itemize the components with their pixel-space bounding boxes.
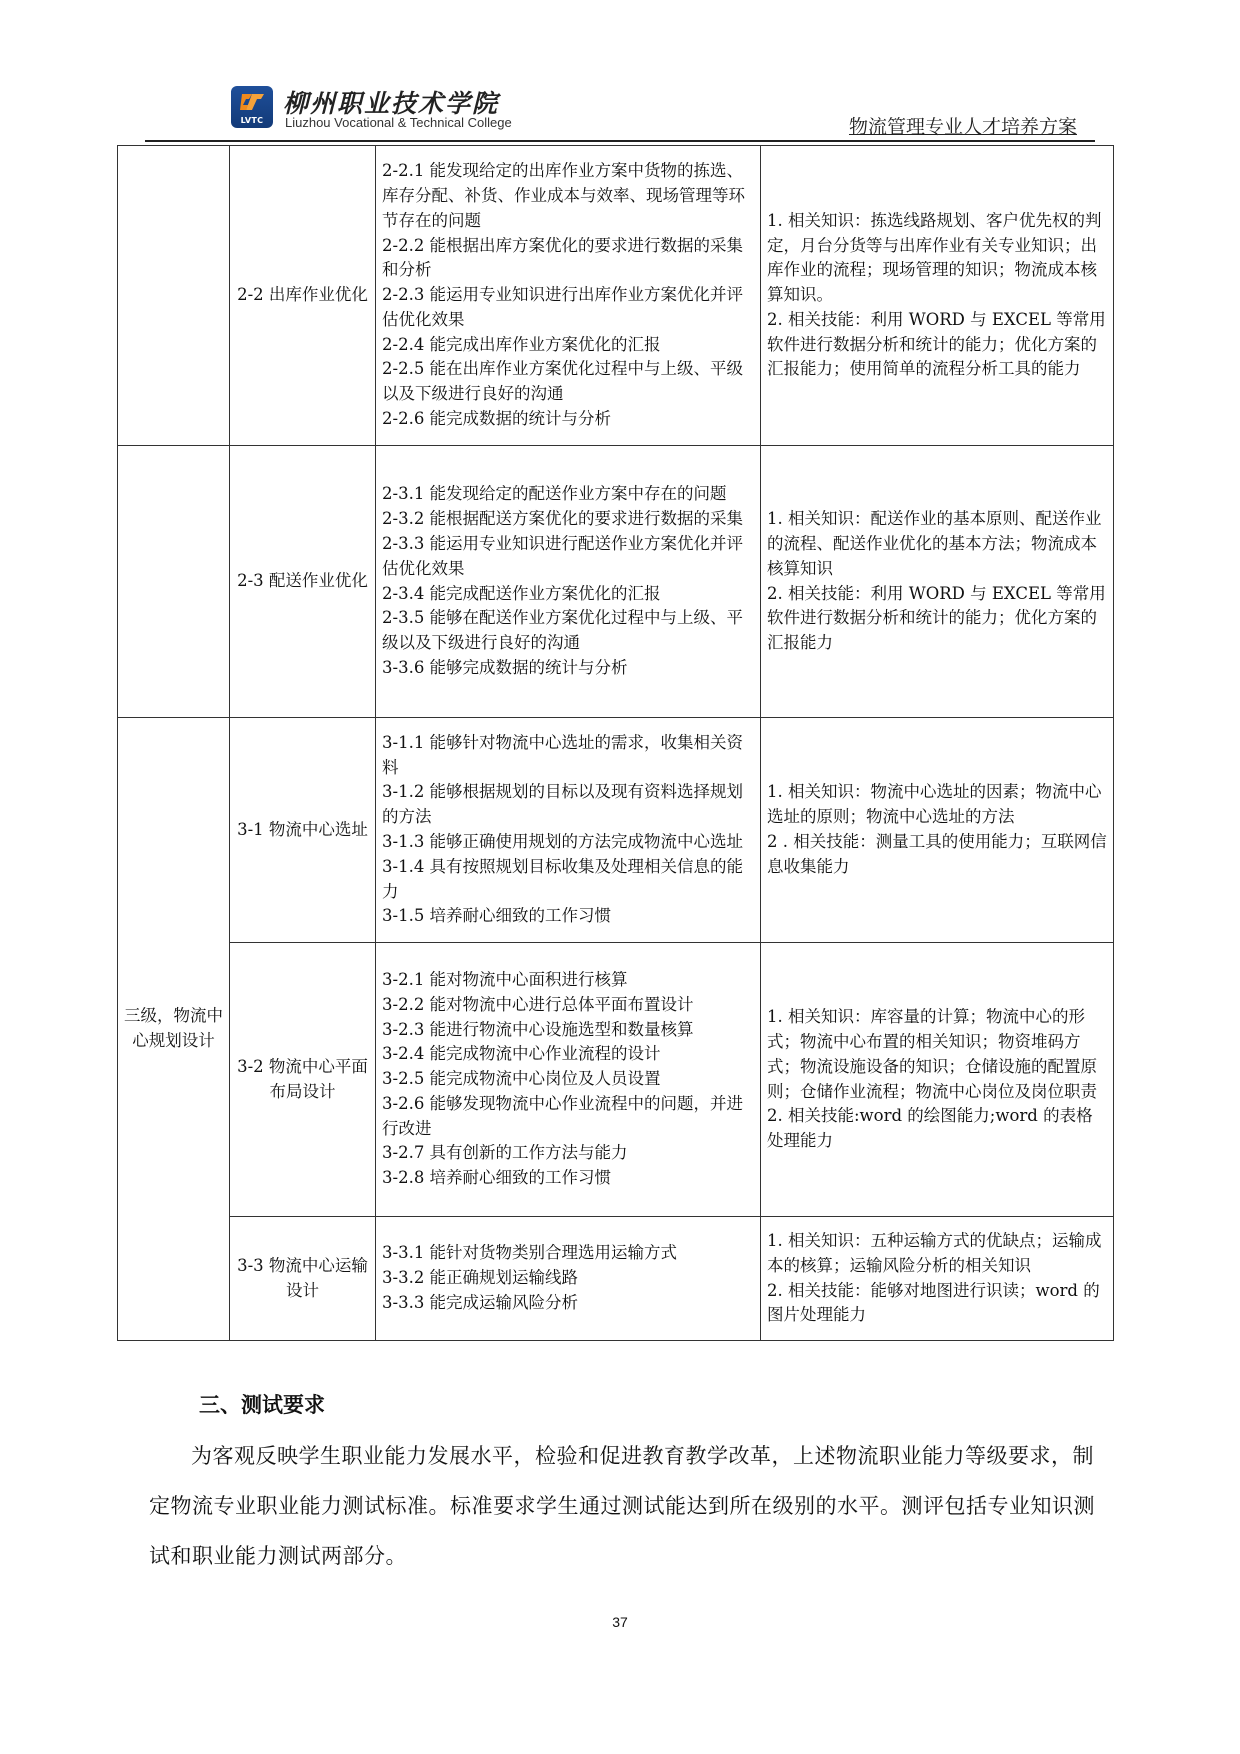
level-cell: 三级，物流中心规划设计 [118, 718, 230, 1341]
college-logo-icon [240, 92, 264, 112]
task-cell: 2-2 出库作业优化 [230, 146, 376, 446]
task-cell: 3-2 物流中心平面布局设计 [230, 943, 376, 1217]
abilities-cell: 3-1.1 能够针对物流中心选址的需求，收集相关资料 3-1.2 能够根据规划的… [376, 718, 761, 943]
ability-item: 2-3.3 能运用专业知识进行配送作业方案优化并评估优化效果 [382, 532, 754, 582]
page-header: LVTC 柳州职业技术学院 Liuzhou Vocational & Techn… [145, 84, 1095, 142]
ability-item: 3-3.1 能针对货物类别合理选用运输方式 [382, 1241, 754, 1266]
ability-item: 3-3.2 能正确规划运输线路 [382, 1266, 754, 1291]
requirement-item: 2. 相关技能：利用 WORD 与 EXCEL 等常用软件进行数据分析和统计的能… [767, 582, 1107, 656]
ability-item: 2-2.4 能完成出库作业方案优化的汇报 [382, 333, 754, 358]
ability-item: 3-2.1 能对物流中心面积进行核算 [382, 968, 754, 993]
requirements-cell: 1. 相关知识：物流中心选址的因素；物流中心选址的原则；物流中心选址的方法 2 … [761, 718, 1114, 943]
ability-item: 2-3.1 能发现给定的配送作业方案中存在的问题 [382, 482, 754, 507]
requirements-cell: 1. 相关知识：五种运输方式的优缺点；运输成本的核算；运输风险分析的相关知识 2… [761, 1217, 1114, 1341]
level-cell [118, 146, 230, 446]
college-name-en: Liuzhou Vocational & Technical College [285, 115, 512, 130]
abilities-cell: 3-2.1 能对物流中心面积进行核算 3-2.2 能对物流中心进行总体平面布置设… [376, 943, 761, 1217]
ability-item: 3-3.3 能完成运输风险分析 [382, 1291, 754, 1316]
document-title: 物流管理专业人才培养方案 [849, 112, 1077, 139]
requirement-item: 1. 相关知识：物流中心选址的因素；物流中心选址的原则；物流中心选址的方法 [767, 780, 1107, 830]
ability-item: 3-1.3 能够正确使用规划的方法完成物流中心选址 [382, 830, 754, 855]
ability-item: 3-1.1 能够针对物流中心选址的需求，收集相关资料 [382, 731, 754, 781]
ability-item: 2-2.2 能根据出库方案优化的要求进行数据的采集和分析 [382, 234, 754, 284]
ability-item: 2-2.1 能发现给定的出库作业方案中货物的拣选、库存分配、补货、作业成本与效率… [382, 159, 754, 233]
requirement-item: 1. 相关知识：五种运输方式的优缺点；运输成本的核算；运输风险分析的相关知识 [767, 1229, 1107, 1279]
ability-item: 3-2.3 能进行物流中心设施选型和数量核算 [382, 1018, 754, 1043]
requirement-item: 2 . 相关技能：测量工具的使用能力；互联网信息收集能力 [767, 830, 1107, 880]
college-logo: LVTC [231, 86, 273, 128]
requirement-item: 1. 相关知识：库容量的计算；物流中心的形式；物流中心布置的相关知识；物资堆码方… [767, 1005, 1107, 1104]
table-row: 3-3 物流中心运输设计 3-3.1 能针对货物类别合理选用运输方式 3-3.2… [118, 1217, 1114, 1341]
requirement-item: 2. 相关技能:word 的绘图能力;word 的表格处理能力 [767, 1104, 1107, 1154]
requirement-item: 1. 相关知识：配送作业的基本原则、配送作业的流程、配送作业优化的基本方法；物流… [767, 507, 1107, 581]
section-heading: 三、测试要求 [199, 1389, 325, 1419]
abilities-cell: 2-2.1 能发现给定的出库作业方案中货物的拣选、库存分配、补货、作业成本与效率… [376, 146, 761, 446]
ability-item: 3-2.2 能对物流中心进行总体平面布置设计 [382, 993, 754, 1018]
ability-item: 3-1.5 培养耐心细致的工作习惯 [382, 904, 754, 929]
ability-item: 2-2.3 能运用专业知识进行出库作业方案优化并评估优化效果 [382, 283, 754, 333]
task-cell: 2-3 配送作业优化 [230, 446, 376, 718]
abilities-cell: 2-3.1 能发现给定的配送作业方案中存在的问题 2-3.2 能根据配送方案优化… [376, 446, 761, 718]
page-number: 37 [0, 1614, 1240, 1630]
section-paragraph: 为客观反映学生职业能力发展水平，检验和促进教育教学改革，上述物流职业能力等级要求… [149, 1431, 1099, 1581]
abilities-cell: 3-3.1 能针对货物类别合理选用运输方式 3-3.2 能正确规划运输线路 3-… [376, 1217, 761, 1341]
ability-item: 3-1.4 具有按照规划目标收集及处理相关信息的能力 [382, 855, 754, 905]
table-row: 三级，物流中心规划设计 3-1 物流中心选址 3-1.1 能够针对物流中心选址的… [118, 718, 1114, 943]
table-row: 2-2 出库作业优化 2-2.1 能发现给定的出库作业方案中货物的拣选、库存分配… [118, 146, 1114, 446]
requirement-item: 2. 相关技能：利用 WORD 与 EXCEL 等常用软件进行数据分析和统计的能… [767, 308, 1107, 382]
ability-item: 2-3.5 能够在配送作业方案优化过程中与上级、平级以及下级进行良好的沟通 [382, 606, 754, 656]
logo-text: LVTC [231, 116, 273, 125]
table-row: 3-2 物流中心平面布局设计 3-2.1 能对物流中心面积进行核算 3-2.2 … [118, 943, 1114, 1217]
ability-item: 2-3.4 能完成配送作业方案优化的汇报 [382, 582, 754, 607]
ability-requirements-table: 2-2 出库作业优化 2-2.1 能发现给定的出库作业方案中货物的拣选、库存分配… [117, 145, 1114, 1341]
ability-item: 3-2.8 培养耐心细致的工作习惯 [382, 1166, 754, 1191]
ability-item: 3-3.6 能够完成数据的统计与分析 [382, 656, 754, 681]
ability-item: 2-2.5 能在出库作业方案优化过程中与上级、平级以及下级进行良好的沟通 [382, 357, 754, 407]
header-divider [145, 140, 1095, 142]
ability-item: 3-2.6 能够发现物流中心作业流程中的问题，并进行改进 [382, 1092, 754, 1142]
requirements-cell: 1. 相关知识：配送作业的基本原则、配送作业的流程、配送作业优化的基本方法；物流… [761, 446, 1114, 718]
ability-item: 3-2.4 能完成物流中心作业流程的设计 [382, 1042, 754, 1067]
table-row: 2-3 配送作业优化 2-3.1 能发现给定的配送作业方案中存在的问题 2-3.… [118, 446, 1114, 718]
requirements-cell: 1. 相关知识：拣选线路规划、客户优先权的判定，月台分货等与出库作业有关专业知识… [761, 146, 1114, 446]
ability-item: 2-3.2 能根据配送方案优化的要求进行数据的采集 [382, 507, 754, 532]
ability-item: 3-1.2 能够根据规划的目标以及现有资料选择规划的方法 [382, 780, 754, 830]
ability-item: 3-2.5 能完成物流中心岗位及人员设置 [382, 1067, 754, 1092]
ability-item: 3-2.7 具有创新的工作方法与能力 [382, 1141, 754, 1166]
requirement-item: 1. 相关知识：拣选线路规划、客户优先权的判定，月台分货等与出库作业有关专业知识… [767, 209, 1107, 308]
task-cell: 3-1 物流中心选址 [230, 718, 376, 943]
ability-item: 2-2.6 能完成数据的统计与分析 [382, 407, 754, 432]
task-cell: 3-3 物流中心运输设计 [230, 1217, 376, 1341]
requirements-cell: 1. 相关知识：库容量的计算；物流中心的形式；物流中心布置的相关知识；物资堆码方… [761, 943, 1114, 1217]
level-cell [118, 446, 230, 718]
requirement-item: 2. 相关技能：能够对地图进行识读；word 的图片处理能力 [767, 1279, 1107, 1329]
